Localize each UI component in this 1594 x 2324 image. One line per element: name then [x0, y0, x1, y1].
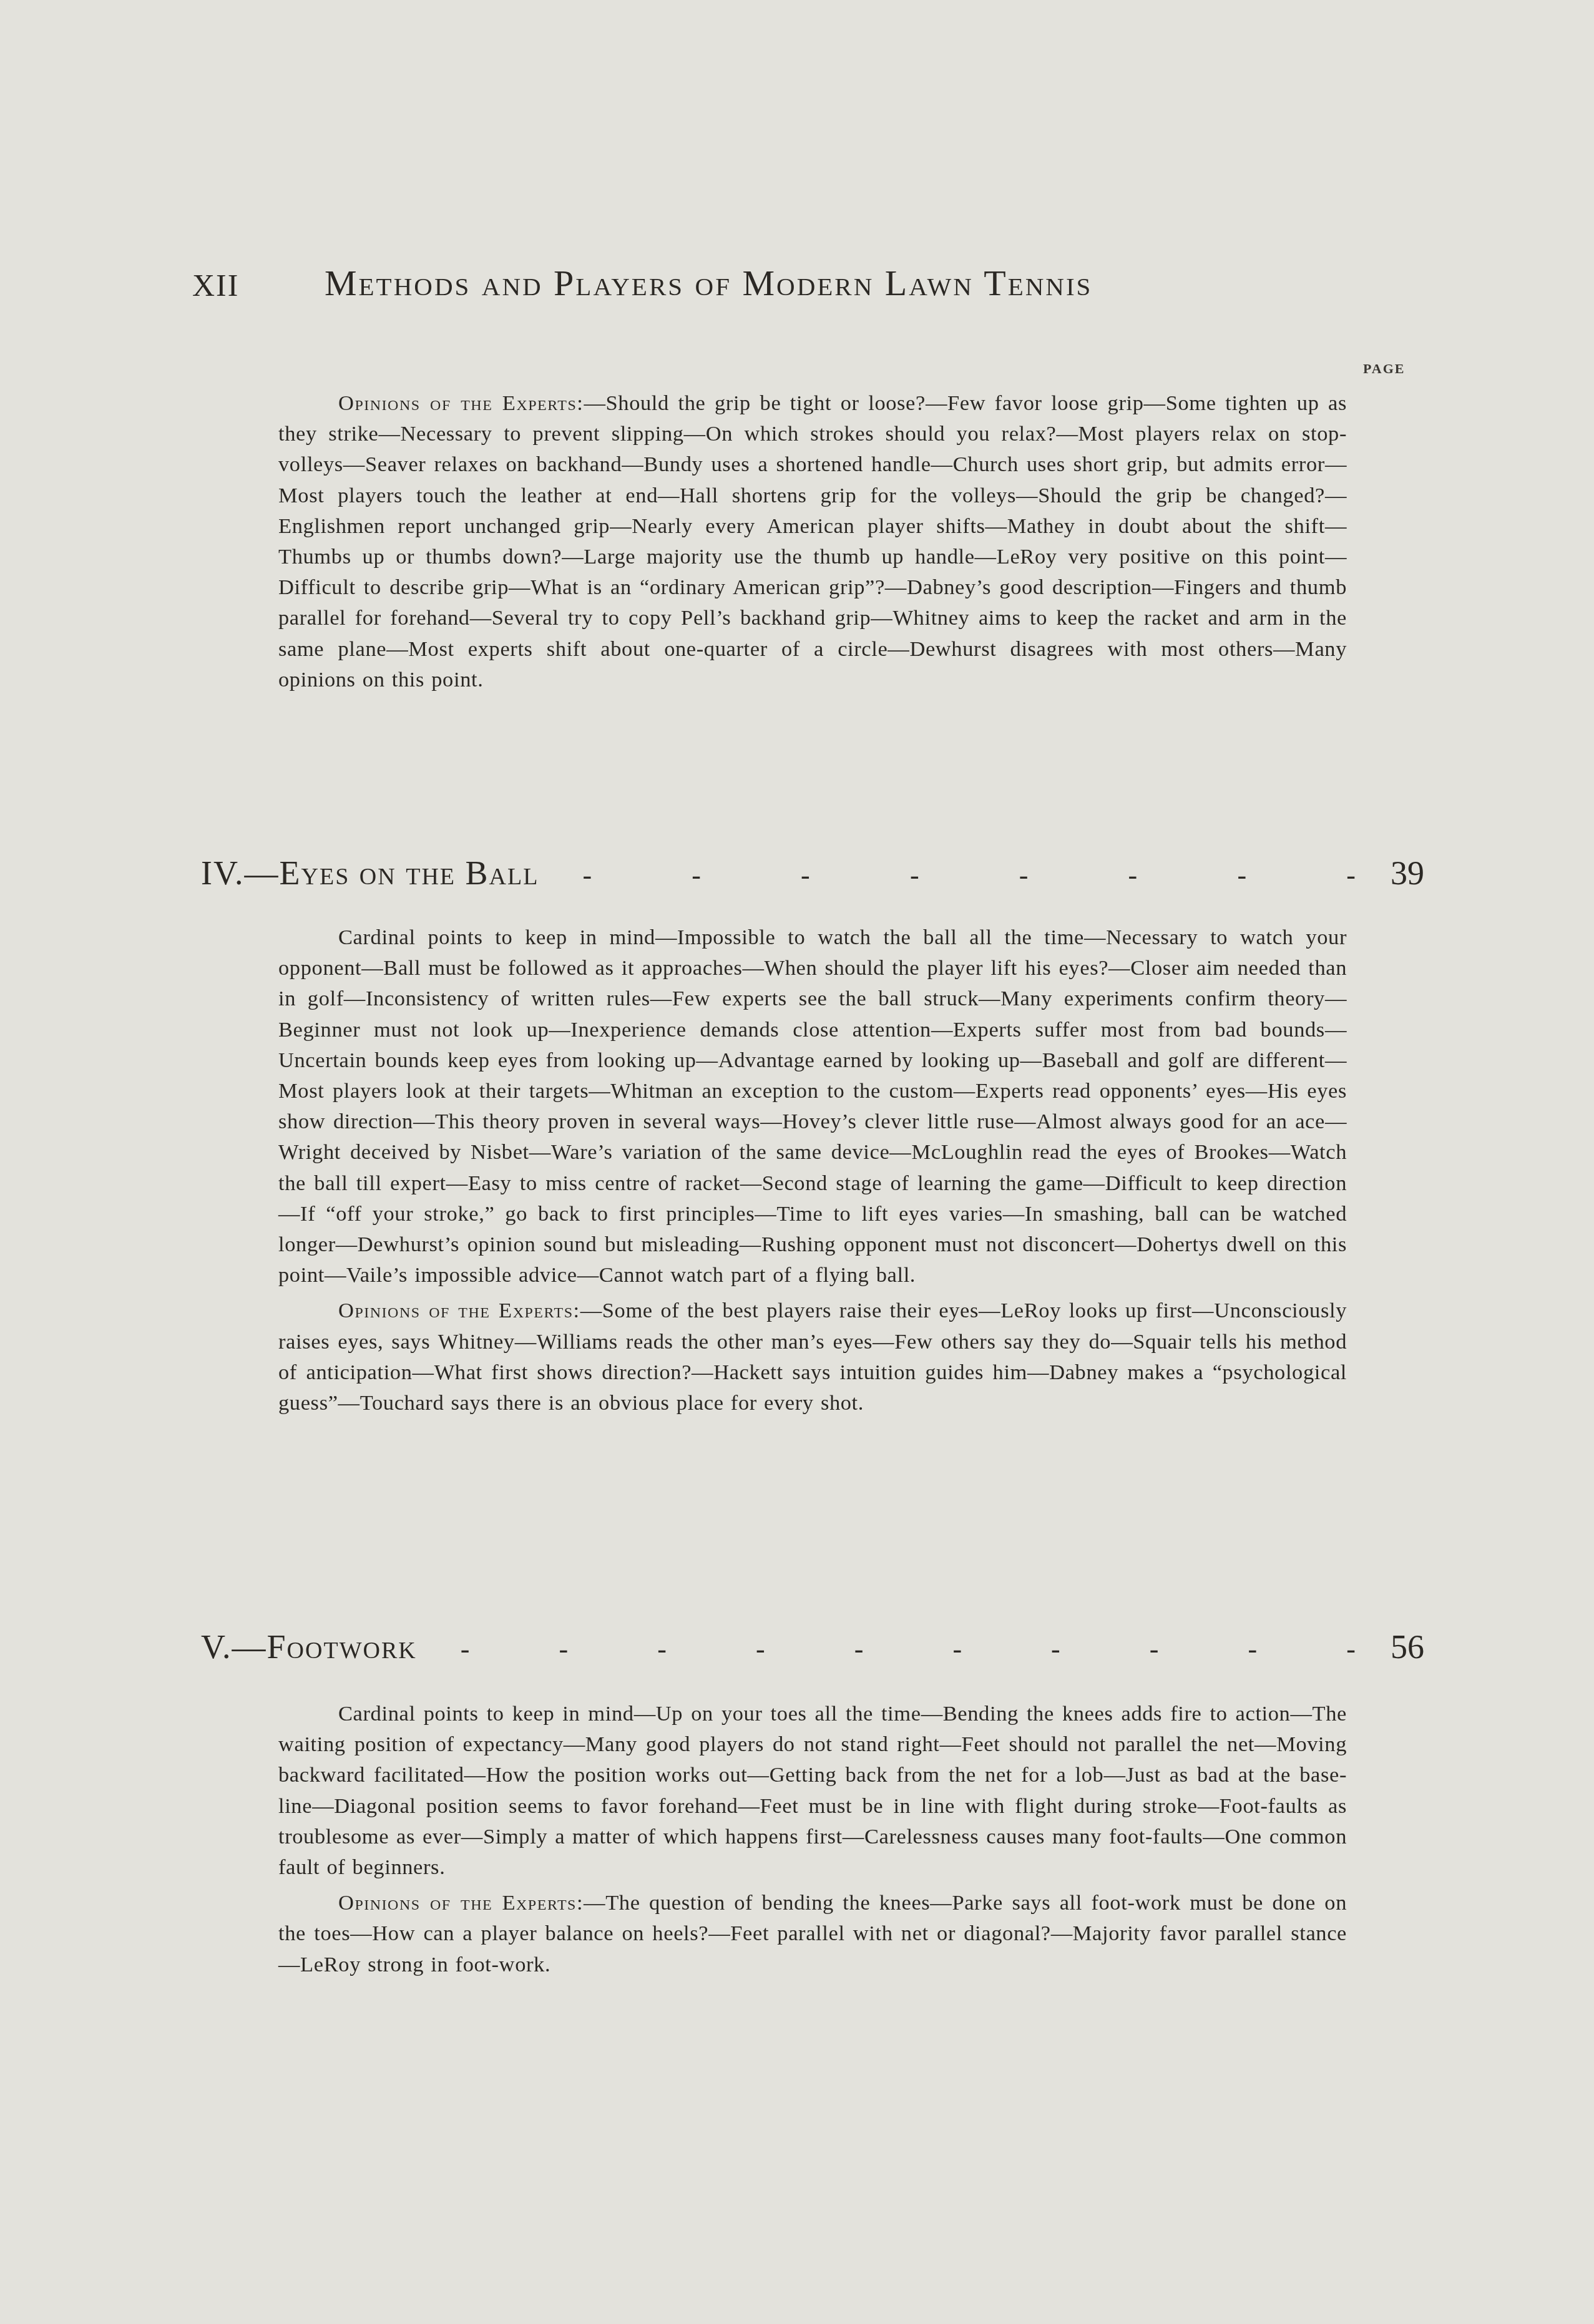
- leader-mark: -: [1019, 859, 1029, 891]
- chapter-page-number: 39: [1381, 854, 1424, 892]
- chapter-number: IV.: [201, 854, 245, 892]
- leader-mark: -: [461, 1633, 470, 1665]
- running-title: Methods and Players of Modern Lawn Tenni…: [325, 262, 1092, 304]
- chapter-title: IV.—Eyes on the Ball: [201, 854, 539, 892]
- leader-mark: -: [910, 859, 919, 891]
- leader-mark: -: [854, 1633, 864, 1665]
- opinions-label: Opinions of the Experts:: [338, 1891, 584, 1915]
- leader-mark: -: [1150, 1633, 1159, 1665]
- leader-mark: -: [801, 859, 810, 891]
- page-column-label: PAGE: [1363, 361, 1405, 377]
- leader-mark: -: [582, 859, 592, 891]
- section-iv-body: Cardinal points to keep in mind—Impossib…: [278, 922, 1347, 1418]
- page-number-roman: XII: [192, 267, 239, 303]
- dot-leaders: --------: [582, 859, 1356, 891]
- leader-mark: -: [1051, 1633, 1060, 1665]
- opinions-paragraph: Opinions of the Experts:—The question of…: [278, 1888, 1347, 1980]
- leader-mark: -: [692, 859, 701, 891]
- dot-leaders: ----------: [461, 1633, 1356, 1665]
- opinions-label: Opinions of the Experts:: [338, 391, 584, 415]
- opinions-text: —Should the grip be tight or loose?—Few …: [278, 391, 1347, 691]
- leader-mark: -: [559, 1633, 569, 1665]
- section-v-body: Cardinal points to keep in mind—Up on yo…: [278, 1699, 1347, 1980]
- leader-mark: -: [1248, 1633, 1258, 1665]
- chapter-number: V.: [201, 1628, 232, 1666]
- leader-mark: -: [657, 1633, 667, 1665]
- leader-mark: -: [1237, 859, 1246, 891]
- leader-mark: -: [952, 1633, 962, 1665]
- leader-mark: -: [1128, 859, 1138, 891]
- leader-mark: -: [756, 1633, 765, 1665]
- toc-entry-v[interactable]: V.—Footwork ---------- 56: [201, 1628, 1424, 1671]
- opinions-label: Opinions of the Experts:: [338, 1299, 580, 1322]
- chapter-title: V.—Footwork: [201, 1628, 417, 1666]
- leader-mark: -: [1346, 859, 1356, 891]
- leader-mark: -: [1346, 1633, 1356, 1665]
- section-iii-continued: Opinions of the Experts:—Should the grip…: [278, 388, 1347, 695]
- summary-paragraph: Cardinal points to keep in mind—Up on yo…: [278, 1699, 1347, 1883]
- toc-entry-iv[interactable]: IV.—Eyes on the Ball -------- 39: [201, 854, 1424, 897]
- opinions-paragraph: Opinions of the Experts:—Some of the bes…: [278, 1296, 1347, 1418]
- chapter-title-text: —Eyes on the Ball: [245, 854, 539, 892]
- chapter-page-number: 56: [1381, 1628, 1424, 1666]
- opinions-paragraph: Opinions of the Experts:—Should the grip…: [278, 388, 1347, 695]
- summary-paragraph: Cardinal points to keep in mind—Impossib…: [278, 922, 1347, 1291]
- chapter-title-text: —Footwork: [232, 1628, 417, 1666]
